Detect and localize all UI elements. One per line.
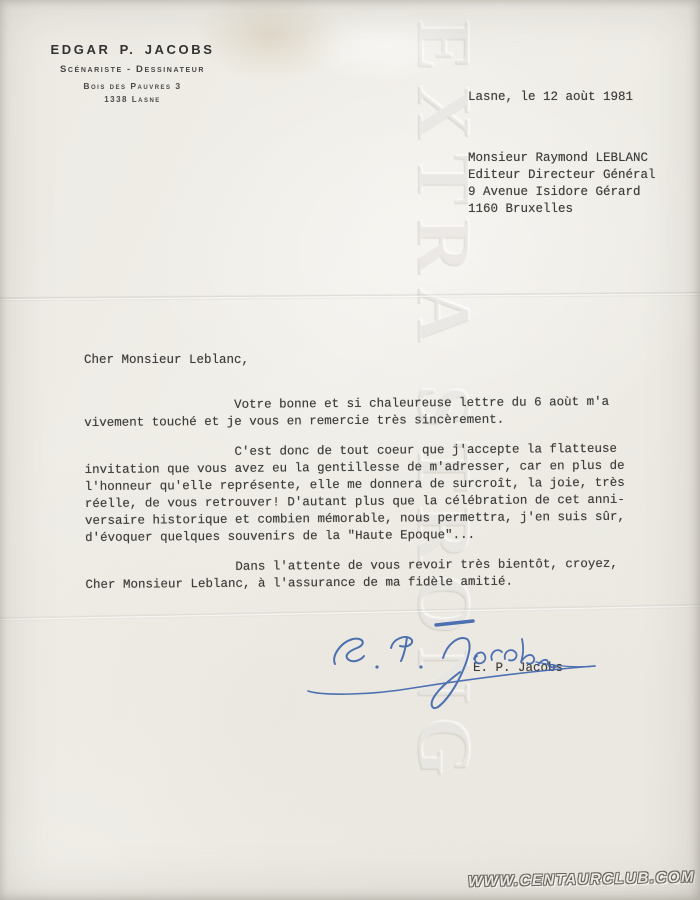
- body-line: vivement touché et je vous en remercie t…: [84, 411, 624, 432]
- fold-crease-upper: [0, 291, 700, 302]
- salutation: Cher Monsieur Leblanc,: [84, 352, 249, 369]
- body-line: Cher Monsieur Leblanc, à l'assurance de …: [85, 573, 625, 594]
- scanned-letter-page: EXTRA STRONG EDGAR P. JACOBS Scénariste …: [0, 0, 700, 900]
- recipient-line: 9 Avenue Isidore Gérard: [468, 184, 656, 201]
- signature-dash: [436, 621, 473, 625]
- body-line: d'évoquer quelques souvenirs de la "Haut…: [85, 526, 625, 547]
- letter-body: Votre bonne et si chaleureuse lettre du …: [84, 394, 626, 607]
- letterhead-name: EDGAR P. JACOBS: [30, 42, 235, 57]
- paragraph: Votre bonne et si chaleureuse lettre du …: [84, 394, 624, 432]
- letterhead: EDGAR P. JACOBS Scénariste - Dessinateur…: [30, 42, 235, 104]
- recipient-line: 1160 Bruxelles: [468, 201, 656, 218]
- paper-sheen: [300, 8, 470, 83]
- site-watermark: WWW.CENTAURCLUB.COM: [468, 869, 695, 891]
- letterhead-address: Bois des Pauvres 3: [30, 81, 235, 91]
- recipient-address-block: Monsieur Raymond LEBLANC Editeur Directe…: [468, 150, 656, 218]
- letterhead-city: 1338 Lasne: [30, 95, 235, 104]
- dateline: Lasne, le 12 aoùt 1981: [468, 89, 633, 106]
- letterhead-title: Scénariste - Dessinateur: [30, 64, 235, 75]
- recipient-line: Editeur Directeur Général: [468, 167, 656, 184]
- recipient-line: Monsieur Raymond LEBLANC: [468, 150, 656, 167]
- paragraph: C'est donc de tout coeur que j'accepte l…: [84, 441, 625, 547]
- paragraph: Dans l'attente de vous revoir très bient…: [85, 556, 625, 594]
- handwritten-signature: [293, 608, 623, 728]
